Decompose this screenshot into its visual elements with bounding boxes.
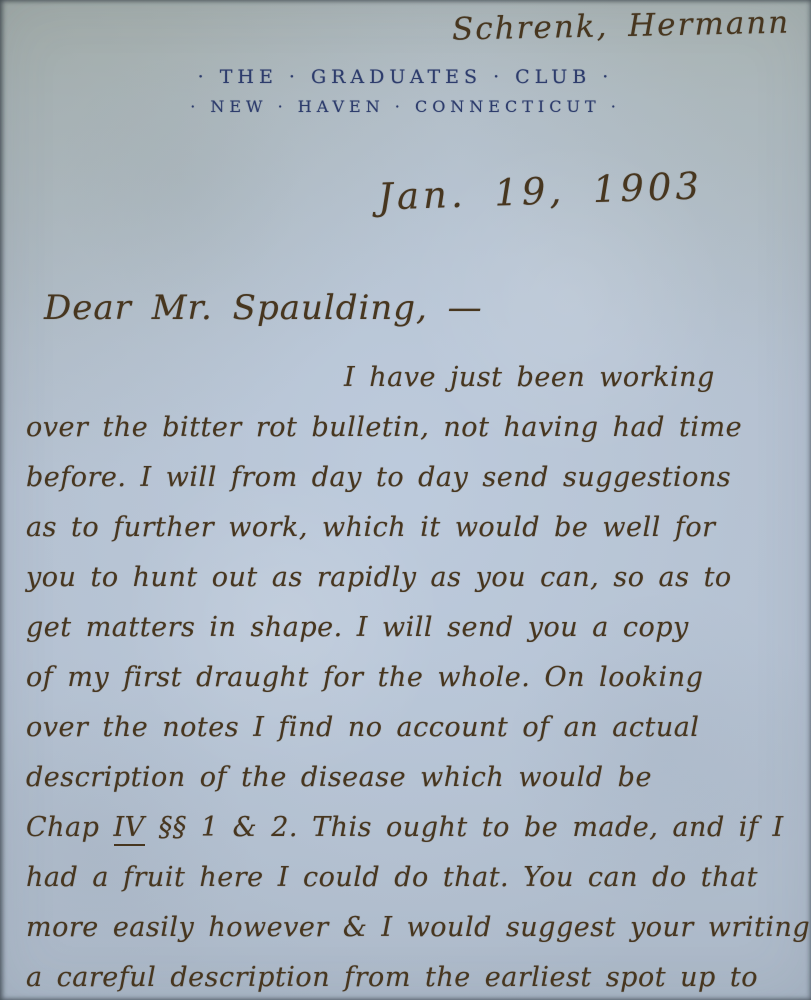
letter-line: over the notes I find no account of an a… [26, 703, 792, 753]
letter-line: description of the disease which would b… [26, 753, 792, 803]
letter-line: you to hunt out as rapidly as you can, s… [26, 553, 792, 603]
letter-line: as to further work, which it would be we… [26, 503, 792, 553]
letter-line: of my first draught for the whole. On lo… [26, 653, 792, 703]
chapter-ref-pre: Chap [26, 812, 114, 843]
letterhead-location: · NEW · HAVEN · CONNECTICUT · [0, 97, 811, 116]
letter-line: had a fruit here I could do that. You ca… [26, 853, 792, 903]
letter-line: a careful description from the earliest … [26, 953, 792, 1000]
letter-line-chapter-reference: Chap IV §§ 1 & 2. This ought to be made,… [26, 803, 792, 853]
letter-line: more easily however & I would suggest yo… [26, 903, 792, 953]
letter-page: Schrenk, Hermann · THE · GRADUATES · CLU… [0, 0, 811, 1000]
letter-line: I have just been working [26, 353, 792, 403]
salutation: Dear Mr. Spaulding, — [44, 288, 483, 328]
letter-body: I have just been working over the bitter… [26, 353, 792, 1000]
date-line: Jan. 19, 1903 [377, 164, 703, 218]
chapter-ref-post: §§ 1 & 2. This ought to be made, and if … [145, 812, 784, 843]
letterhead: · THE · GRADUATES · CLUB · · NEW · HAVEN… [0, 66, 811, 116]
letter-line: over the bitter rot bulletin, not having… [26, 403, 792, 453]
letter-line: get matters in shape. I will send you a … [26, 603, 792, 653]
letterhead-club-name: · THE · GRADUATES · CLUB · [0, 66, 811, 88]
archivist-annotation: Schrenk, Hermann [452, 4, 803, 47]
letter-line: before. I will from day to day send sugg… [26, 453, 792, 503]
chapter-ref-underlined: IV [114, 812, 145, 846]
